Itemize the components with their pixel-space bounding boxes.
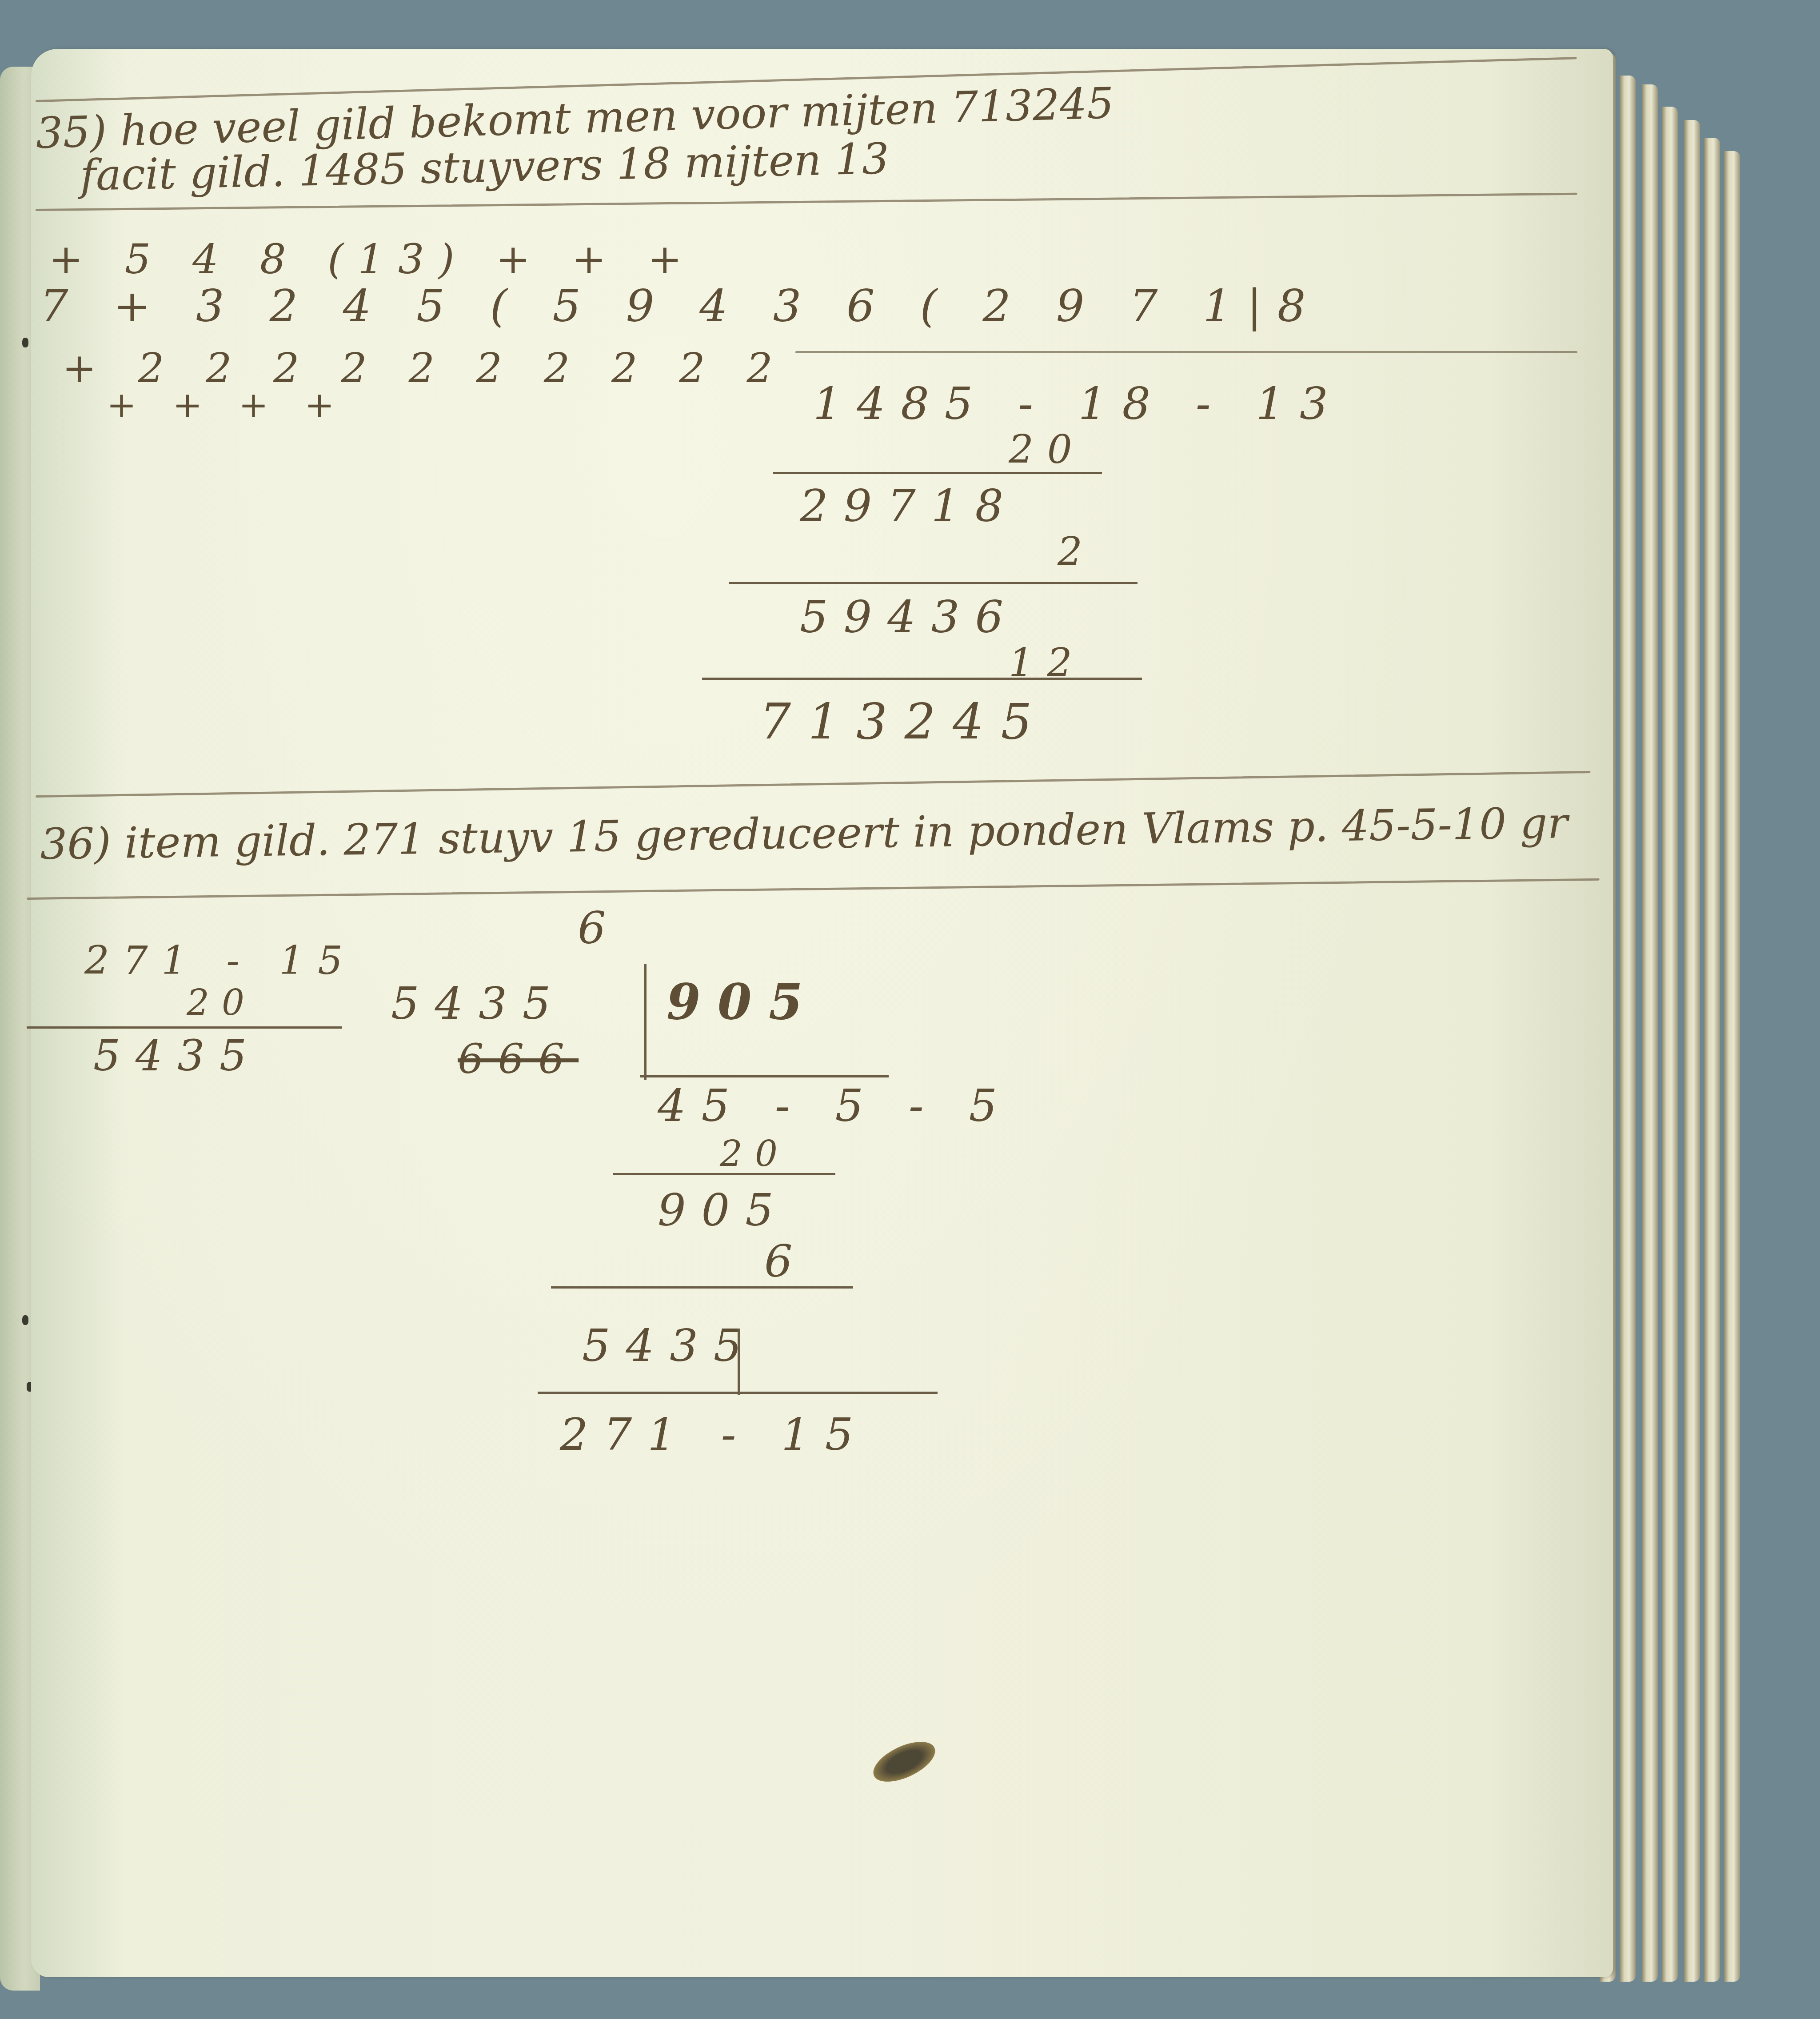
- underline: [773, 472, 1102, 474]
- underline: [613, 1173, 835, 1175]
- underline: [551, 1286, 853, 1289]
- underline: [702, 678, 1142, 680]
- page-stack-edges: [1600, 53, 1760, 1982]
- check-multiplier-2: 6: [764, 1235, 808, 1287]
- manuscript-page: [31, 49, 1613, 1977]
- division-dividend: 5435: [391, 978, 567, 1029]
- check-result: 713245: [760, 693, 1049, 750]
- check-line-3: 59436: [800, 591, 1019, 643]
- underline: [729, 582, 1137, 584]
- check-line-1: 45 - 5 - 5: [658, 1080, 1013, 1132]
- check-line-2: 29718: [800, 480, 1019, 532]
- check-multiplier-2: 2: [1058, 529, 1096, 575]
- scratch-top-row: + 5 4 8 (13) + + +: [49, 235, 696, 283]
- check-multiplier-1: 20: [1009, 427, 1086, 472]
- check-multiplier-1: 20: [720, 1133, 790, 1174]
- check-line-2: 905: [658, 1184, 789, 1236]
- check-result: 271 - 15: [560, 1409, 869, 1460]
- ruled-line: [795, 351, 1577, 353]
- division-top-digit: 6: [578, 902, 622, 954]
- work-left-multiplier: 20: [187, 982, 257, 1023]
- scratch-crosses-row: + + + +: [107, 384, 347, 426]
- underline: [538, 1392, 938, 1394]
- problem-number: 36: [40, 818, 95, 869]
- underline: [27, 1026, 342, 1029]
- check-line-3: 5435: [582, 1320, 758, 1372]
- division-bracket: [644, 964, 647, 1080]
- work-left-line-1: 271 - 15: [84, 938, 356, 983]
- division-scratch: 666: [458, 1035, 579, 1083]
- underline: [640, 1075, 889, 1077]
- margin-mark: [22, 338, 28, 347]
- check-line-1: 1485 - 18 - 13: [813, 378, 1344, 430]
- scratch-middle-row: 7 + 3 2 4 5 ( 5 9 4 3 6 ( 2 9 7 1|8: [40, 280, 1321, 332]
- work-left-result: 5435: [93, 1031, 262, 1081]
- divider: [738, 1329, 740, 1395]
- margin-mark: [22, 1315, 28, 1325]
- division-quotient: 905: [667, 973, 820, 1030]
